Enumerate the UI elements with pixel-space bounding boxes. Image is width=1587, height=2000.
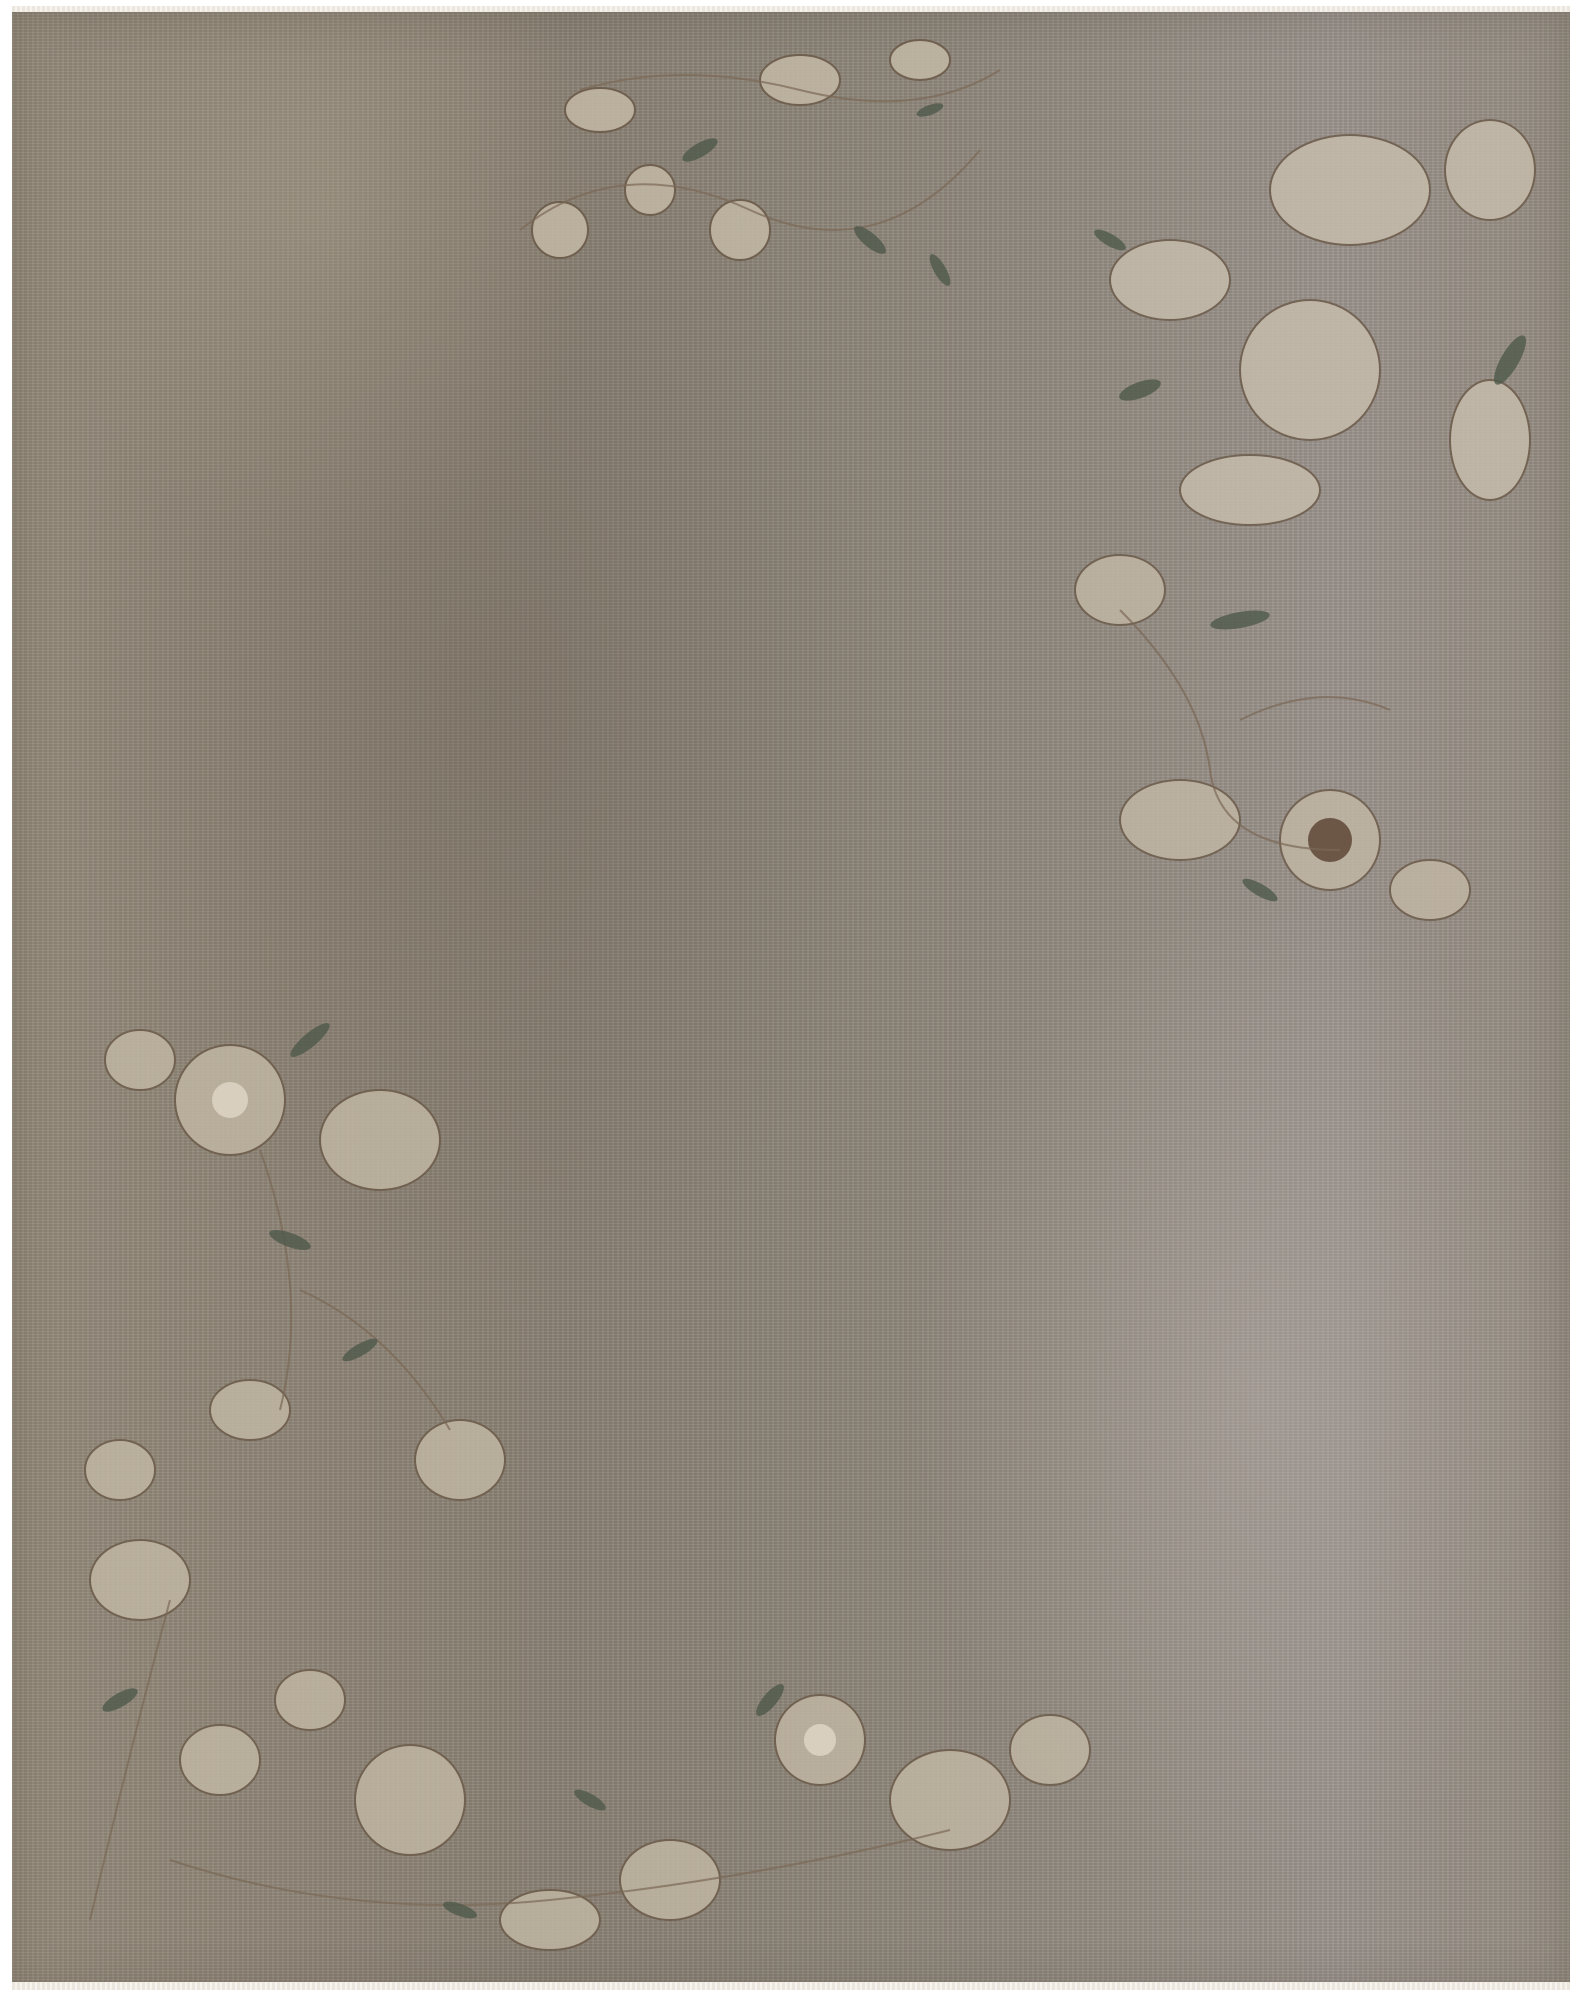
bottom-left-floral-vine — [50, 1500, 1100, 1960]
top-right-floral-cluster — [1050, 110, 1560, 550]
right-floral-spray — [1060, 550, 1520, 950]
top-floral-vine — [500, 30, 1020, 290]
rug-bottom-fringe — [12, 1982, 1570, 1990]
left-floral-spray — [60, 990, 520, 1510]
